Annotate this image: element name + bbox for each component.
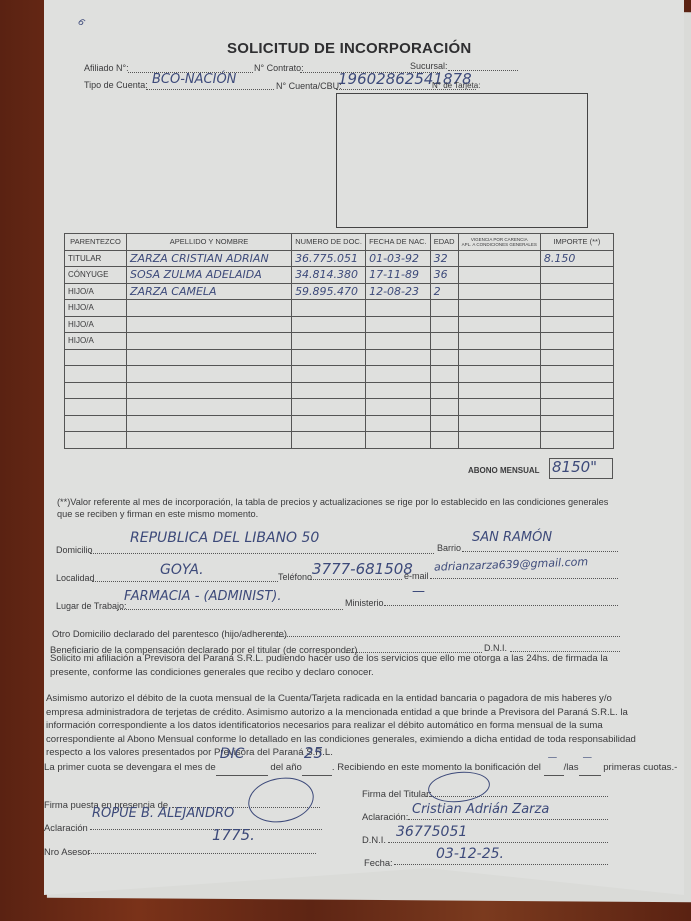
col-doc: NUMERO DE DOC. xyxy=(292,234,366,251)
cell-parentezco xyxy=(65,382,127,399)
cell-parentezco: TITULAR xyxy=(65,250,127,267)
cell-fecha[interactable] xyxy=(366,366,431,383)
bonif-field[interactable]: — xyxy=(544,761,564,776)
fecha-field[interactable] xyxy=(394,864,608,865)
cell-doc[interactable] xyxy=(292,366,366,383)
cell-vigencia[interactable] xyxy=(458,333,540,350)
tipo-cuenta-label: Tipo de Cuenta: xyxy=(84,80,148,90)
cell-doc[interactable]: 59.895.470 xyxy=(292,283,366,300)
email-field[interactable] xyxy=(430,578,618,579)
cell-vigencia[interactable] xyxy=(458,300,540,317)
cell-edad[interactable] xyxy=(430,366,458,383)
table-row: HIJO/AZARZA CAMELA59.895.47012-08-232 xyxy=(65,283,614,300)
cell-parentezco xyxy=(65,432,127,449)
table-row: TITULARZARZA CRISTIAN ADRIAN36.775.05101… xyxy=(65,250,614,267)
cell-nombre[interactable] xyxy=(127,382,292,399)
cell-parentezco xyxy=(65,415,127,432)
cell-edad[interactable] xyxy=(430,415,458,432)
cell-fecha[interactable]: 12-08-23 xyxy=(366,283,431,300)
cell-parentezco xyxy=(65,366,127,383)
otro-domicilio-field[interactable] xyxy=(276,636,620,637)
cell-doc[interactable]: 36.775.051 xyxy=(292,250,366,267)
cell-doc[interactable]: 34.814.380 xyxy=(292,267,366,284)
cell-doc[interactable] xyxy=(292,415,366,432)
cuota-suffix: primeras cuotas.- xyxy=(603,762,677,773)
titular-signature-label: Firma del Titular: xyxy=(362,788,432,799)
bonif-text: . Recibiendo en este momento la bonifica… xyxy=(332,762,541,773)
cell-parentezco: HIJO/A xyxy=(65,316,127,333)
cell-edad[interactable] xyxy=(430,316,458,333)
telefono-field[interactable] xyxy=(310,579,402,580)
cuota-line: La primer cuota se devengara el mes deDI… xyxy=(44,761,684,776)
domicilio-field[interactable] xyxy=(90,553,434,554)
table-row: HIJO/A xyxy=(65,300,614,317)
cell-nombre[interactable] xyxy=(127,366,292,383)
cell-parentezco xyxy=(65,399,127,416)
bonif-value: — xyxy=(548,751,558,765)
ministerio-value: — xyxy=(412,584,425,599)
localidad-value: GOYA. xyxy=(160,562,204,578)
affiliation-paragraph: Solicito mi afiliación a Previsora del P… xyxy=(50,652,646,679)
cell-edad[interactable] xyxy=(430,300,458,317)
anio-field[interactable]: 25 xyxy=(302,761,332,776)
cell-fecha[interactable]: 01-03-92 xyxy=(366,250,431,267)
cell-nombre[interactable]: SOSA ZULMA ADELAIDA xyxy=(127,267,292,284)
cell-nombre[interactable]: ZARZA CAMELA xyxy=(127,283,292,300)
cell-vigencia[interactable] xyxy=(458,316,540,333)
cell-doc[interactable] xyxy=(292,399,366,416)
cell-doc[interactable] xyxy=(292,300,366,317)
col-parentezco: PARENTEZCO xyxy=(65,234,127,251)
cell-fecha[interactable] xyxy=(366,316,431,333)
abono-label: ABONO MENSUAL xyxy=(468,466,540,475)
cell-parentezco xyxy=(65,349,127,366)
anio-value: 25 xyxy=(304,747,323,761)
domicilio-label: Domicilio xyxy=(56,545,93,555)
las-label: /las xyxy=(564,762,579,773)
cell-nombre[interactable] xyxy=(127,432,292,449)
cell-edad[interactable]: 2 xyxy=(430,283,458,300)
titular-dni-field[interactable] xyxy=(388,842,608,843)
cell-vigencia[interactable] xyxy=(458,267,540,284)
cell-doc[interactable] xyxy=(292,316,366,333)
cuenta-cbu-label: N° Cuenta/CBU: xyxy=(276,81,342,91)
cell-nombre[interactable] xyxy=(127,300,292,317)
afiliado-label: Afiliado N°: xyxy=(84,63,129,73)
table-row xyxy=(65,415,614,432)
trabajo-field[interactable] xyxy=(118,609,343,610)
col-edad: EDAD xyxy=(430,234,458,251)
titular-aclaracion-value: Cristian Adrián Zarza xyxy=(412,802,549,817)
cell-vigencia[interactable] xyxy=(458,399,540,416)
cell-vigencia[interactable] xyxy=(458,283,540,300)
mes-value: DIC xyxy=(220,748,245,762)
cuota-prefix: La primer cuota se devengara el mes de xyxy=(44,762,216,773)
localidad-label: Localidad xyxy=(56,573,95,583)
barrio-value: SAN RAMÓN xyxy=(472,530,552,545)
cell-importe[interactable] xyxy=(540,399,613,416)
cell-vigencia[interactable] xyxy=(458,349,540,366)
cell-doc[interactable] xyxy=(292,432,366,449)
cell-importe[interactable] xyxy=(540,366,613,383)
barrio-field[interactable] xyxy=(462,551,618,552)
telefono-value: 3777-681508 xyxy=(312,560,413,578)
titular-aclaracion-field[interactable] xyxy=(408,819,608,820)
cell-importe[interactable] xyxy=(540,432,613,449)
table-row xyxy=(65,432,614,449)
titular-aclaracion-label: Aclaración: xyxy=(362,811,408,822)
trabajo-label: Lugar de Trabajo: xyxy=(56,601,127,611)
tipo-cuenta-field[interactable] xyxy=(146,89,274,90)
cell-edad[interactable] xyxy=(430,399,458,416)
table-row: HIJO/A xyxy=(65,333,614,350)
cell-edad[interactable] xyxy=(430,432,458,449)
table-row xyxy=(65,399,614,416)
cell-fecha[interactable]: 17-11-89 xyxy=(366,267,431,284)
cell-vigencia[interactable] xyxy=(458,250,540,267)
table-row xyxy=(65,366,614,383)
col-fecha: FECHA DE NAC. xyxy=(366,234,431,251)
cell-importe[interactable] xyxy=(540,300,613,317)
cell-fecha[interactable] xyxy=(366,382,431,399)
debit-authorization-paragraph: Asimismo autorizo el débito de la cuota … xyxy=(46,692,646,760)
cell-edad[interactable]: 36 xyxy=(430,267,458,284)
cell-vigencia[interactable] xyxy=(458,366,540,383)
las-value: — xyxy=(583,751,593,765)
contrato-label: N° Contrato: xyxy=(254,63,304,73)
email-label: e-mail xyxy=(404,571,429,581)
cell-fecha[interactable] xyxy=(366,333,431,350)
cell-parentezco: CÓNYUGE xyxy=(65,267,127,284)
col-vigencia: VIGENCIA POR CARENCIAAPL. A CONDICIONES … xyxy=(458,234,540,251)
cell-parentezco: HIJO/A xyxy=(65,300,127,317)
cell-importe[interactable] xyxy=(540,415,613,432)
asesor-value: 1775. xyxy=(212,826,255,844)
localidad-field[interactable] xyxy=(92,581,278,582)
cell-nombre[interactable] xyxy=(127,415,292,432)
cell-importe[interactable] xyxy=(540,349,613,366)
cell-fecha[interactable] xyxy=(366,349,431,366)
cell-doc[interactable] xyxy=(292,349,366,366)
cell-nombre[interactable]: ZARZA CRISTIAN ADRIAN xyxy=(127,250,292,267)
table-row xyxy=(65,349,614,366)
table-row xyxy=(65,382,614,399)
las-field[interactable]: — xyxy=(579,761,601,776)
presencia-aclaracion-label: Aclaración xyxy=(44,822,88,833)
cell-edad[interactable] xyxy=(430,349,458,366)
mes-field[interactable]: DIC xyxy=(216,761,268,776)
cell-parentezco: HIJO/A xyxy=(65,283,127,300)
cell-edad[interactable]: 32 xyxy=(430,250,458,267)
trabajo-value: FARMACIA - (ADMINIST). xyxy=(124,589,282,604)
tarjeta-label: N° de Tarjeta: xyxy=(432,81,480,90)
tipo-cuenta-value: BCO-NACIÓN xyxy=(152,72,236,87)
titular-dni-value: 36775051 xyxy=(396,824,467,840)
cell-fecha[interactable] xyxy=(366,399,431,416)
cell-importe[interactable] xyxy=(540,333,613,350)
table-row: CÓNYUGESOSA ZULMA ADELAIDA34.814.38017-1… xyxy=(65,267,614,284)
cell-parentezco: HIJO/A xyxy=(65,333,127,350)
cell-nombre[interactable] xyxy=(127,399,292,416)
barrio-label: Barrio xyxy=(437,543,461,553)
photo-box xyxy=(336,93,588,228)
domicilio-value: REPUBLICA DEL LIBANO 50 xyxy=(130,530,319,546)
cell-nombre[interactable] xyxy=(127,316,292,333)
cell-vigencia[interactable] xyxy=(458,432,540,449)
form-title: SOLICITUD DE INCORPORACIÓN xyxy=(227,40,471,57)
col-importe: IMPORTE (**) xyxy=(540,234,613,251)
cell-fecha[interactable] xyxy=(366,432,431,449)
titular-dni-label: D.N.I. xyxy=(362,834,386,845)
cell-importe[interactable] xyxy=(540,283,613,300)
ministerio-label: Ministerio xyxy=(345,598,384,608)
table-row: HIJO/A xyxy=(65,316,614,333)
presencia-aclaracion-value: ROPUE B. ALEJANDRO xyxy=(92,806,234,821)
asesor-label: Nro Asesor xyxy=(44,846,90,857)
cell-importe[interactable] xyxy=(540,316,613,333)
table-header-row: PARENTEZCO APELLIDO Y NOMBRE NUMERO DE D… xyxy=(65,234,614,251)
cell-nombre[interactable] xyxy=(127,349,292,366)
cell-edad[interactable] xyxy=(430,382,458,399)
anio-label: del año xyxy=(270,762,301,773)
otro-domicilio-label: Otro Domicilio declarado del parentesco … xyxy=(52,628,287,639)
cell-fecha[interactable] xyxy=(366,415,431,432)
cell-nombre[interactable] xyxy=(127,333,292,350)
telefono-label: Teléfono xyxy=(278,572,312,582)
cell-importe[interactable]: 8.150 xyxy=(540,250,613,267)
cell-edad[interactable] xyxy=(430,333,458,350)
fecha-label: Fecha: xyxy=(364,857,393,868)
ministerio-field[interactable] xyxy=(384,605,618,606)
cell-doc[interactable] xyxy=(292,333,366,350)
col-nombre: APELLIDO Y NOMBRE xyxy=(127,234,292,251)
cell-importe[interactable] xyxy=(540,267,613,284)
footnote: (**)Valor referente al mes de incorporac… xyxy=(57,496,617,520)
cell-fecha[interactable] xyxy=(366,300,431,317)
family-members-table: PARENTEZCO APELLIDO Y NOMBRE NUMERO DE D… xyxy=(64,233,614,449)
fecha-value: 03-12-25. xyxy=(436,846,504,862)
cell-doc[interactable] xyxy=(292,382,366,399)
cell-vigencia[interactable] xyxy=(458,382,540,399)
abono-value: 8150" xyxy=(552,458,597,476)
cell-vigencia[interactable] xyxy=(458,415,540,432)
cell-importe[interactable] xyxy=(540,382,613,399)
asesor-field[interactable] xyxy=(88,853,316,854)
presencia-aclaracion-field[interactable] xyxy=(90,829,322,830)
